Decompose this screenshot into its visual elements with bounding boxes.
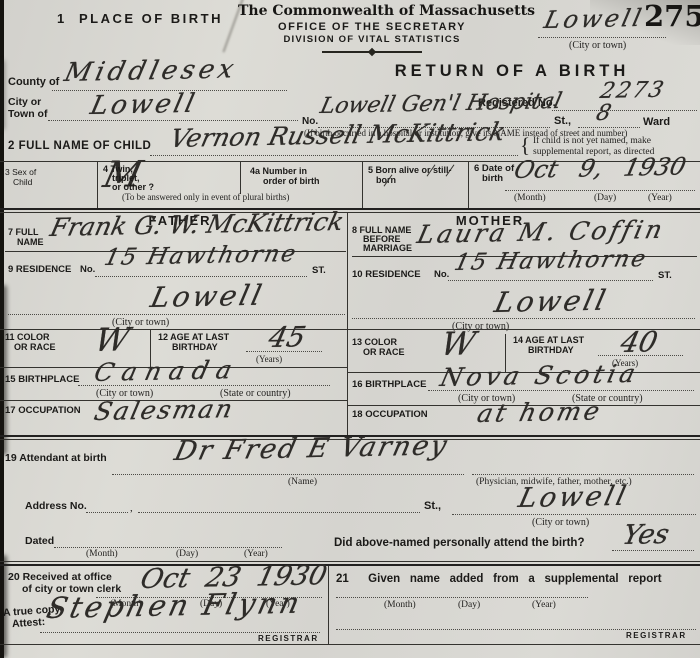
mother-residence-label: 10 RESIDENCE	[352, 270, 421, 280]
father-age-handwriting: 45	[266, 323, 308, 352]
address-label: Address No.	[25, 501, 87, 512]
header-ornament	[322, 48, 422, 56]
address-city-handwriting: Lowell	[516, 483, 631, 512]
rule	[0, 564, 700, 566]
dotted-rule	[448, 280, 653, 281]
order-of-birth-label: 4a Number in	[250, 167, 307, 176]
child-name-label: 2 FULL NAME OF CHILD	[8, 141, 151, 153]
division-subtitle: DIVISION OF VITAL STATISTICS	[238, 35, 506, 45]
city-town-top-handwriting: Lowell	[542, 6, 646, 32]
attendant-name-handwriting: Dr Fred E Varney	[172, 432, 451, 465]
attendant-name-caption: (Name)	[288, 478, 317, 488]
child-name-handwriting: Vernon Russell McKittrick	[168, 119, 508, 151]
father-residence-handwriting: 15 Hawthorne	[102, 243, 300, 270]
divider	[468, 161, 469, 208]
year-caption: (Year)	[244, 550, 268, 560]
mother-street-label: ST.	[658, 271, 672, 281]
day-caption: (Day)	[176, 550, 198, 560]
year-caption: (Year)	[532, 601, 556, 611]
mother-birthplace-label: 16 BIRTHPLACE	[352, 380, 426, 390]
father-name-handwriting: Frank G. W. McKittrick	[48, 209, 346, 240]
ward-handwriting: 8	[594, 103, 613, 125]
date-of-birth-handwriting: Oct 9, 1930	[512, 154, 688, 182]
dotted-rule	[40, 632, 320, 633]
attend-question: Did above-named personally attend the bi…	[334, 538, 584, 550]
commonwealth-title: The Commonwealth of Massachusetts	[238, 4, 506, 18]
child-note: If child is not yet named, make	[533, 137, 651, 147]
institution-handwriting: Lowell Gen'l Hospital	[318, 91, 564, 118]
dotted-rule	[428, 390, 694, 391]
dated-label: Dated	[25, 536, 54, 547]
registrar-label: REGISTRAR	[258, 635, 319, 643]
dotted-rule	[246, 351, 322, 352]
street-label: St.,	[554, 116, 571, 127]
ward-label: Ward	[643, 117, 670, 128]
sex-label: 3 Sex of	[5, 168, 36, 177]
dotted-rule	[452, 514, 696, 515]
rule	[0, 644, 700, 645]
father-residence-label: 9 RESIDENCE	[8, 265, 71, 275]
dotted-rule	[552, 110, 697, 111]
dotted-rule	[352, 318, 695, 319]
sex-label: Child	[13, 178, 32, 187]
registrar-signature-handwriting: Stephen Flynn	[44, 589, 305, 623]
mother-color-handwriting: W	[438, 327, 478, 360]
father-age-label: 12 AGE AT LAST	[158, 333, 229, 342]
county-handwriting: Middlesex	[62, 56, 240, 86]
page-number: 275	[644, 2, 700, 31]
month-caption: (Month)	[384, 601, 416, 611]
month-caption: (Month)	[86, 550, 118, 560]
address-street-label: St.,	[424, 501, 441, 512]
mother-occupation-label: 18 OCCUPATION	[352, 410, 428, 420]
dotted-rule	[336, 629, 696, 630]
attest-label: Attest:	[12, 617, 46, 630]
mother-color-label: OR RACE	[363, 348, 405, 357]
dotted-rule	[48, 120, 298, 121]
mother-age-label: 14 AGE AT LAST	[513, 336, 584, 345]
mother-city-handwriting: Lowell	[492, 287, 611, 317]
scan-smudge	[0, 285, 7, 455]
city-town-top-caption: (City or town)	[569, 41, 626, 51]
father-occupation-label: 17 OCCUPATION	[5, 406, 81, 416]
dotted-rule	[138, 512, 420, 513]
dotted-rule	[54, 547, 282, 548]
office-subtitle: OFFICE OF THE SECRETARY	[238, 22, 506, 33]
mother-residence-no-label: No.	[434, 270, 449, 280]
twin-label: or other ?	[112, 183, 154, 192]
attend-answer-handwriting: Yes	[620, 521, 672, 549]
father-color-label: OR RACE	[14, 343, 56, 352]
rule	[0, 561, 700, 562]
father-age-label: BIRTHDAY	[172, 343, 218, 352]
father-name-label: 7 FULL	[8, 228, 39, 237]
county-label: County of	[8, 77, 59, 88]
scan-smudge	[0, 60, 5, 130]
dotted-rule	[86, 512, 128, 513]
child-note-brace: {	[520, 135, 530, 156]
received-label: 20 Received at office	[8, 572, 112, 583]
dotted-rule	[612, 550, 694, 551]
father-birthplace-handwriting: Canada	[92, 357, 242, 385]
year-caption: (Year)	[648, 194, 672, 204]
mother-name-handwriting: Laura M. Coffin	[415, 217, 668, 247]
day-caption: (Day)	[594, 194, 616, 204]
dotted-rule	[78, 385, 330, 386]
dotted-rule	[598, 355, 683, 356]
mother-color-label: 13 COLOR	[352, 338, 397, 347]
father-name-label: NAME	[17, 238, 44, 247]
city-town-label: Town of	[8, 109, 47, 120]
rule	[0, 208, 700, 210]
divider	[328, 566, 329, 645]
mother-name-label: MARRIAGE	[363, 244, 412, 253]
father-color-handwriting: W	[92, 323, 132, 356]
birth-certificate-scan: 1 PLACE OF BIRTH The Commonwealth of Mas…	[0, 0, 700, 658]
place-of-birth-label: 1 PLACE OF BIRTH	[57, 12, 223, 25]
mother-age-handwriting: 40	[618, 328, 660, 357]
dotted-rule	[538, 37, 666, 38]
father-birthplace-label: 15 BIRTHPLACE	[5, 375, 79, 385]
divider	[362, 161, 363, 208]
city-town-handwriting: Lowell	[88, 91, 200, 119]
day-caption: (Day)	[458, 601, 480, 611]
dotted-rule	[150, 155, 518, 156]
mother-birthplace-handwriting: Nova Scotia	[438, 361, 642, 390]
attendant-label: 19 Attendant at birth	[5, 453, 107, 464]
dotted-rule	[112, 474, 464, 475]
address-city-caption: (City or town)	[532, 518, 589, 528]
city-town-label: City or	[8, 97, 41, 108]
registered-no-handwriting: 2273	[598, 80, 667, 103]
mother-age-label: BIRTHDAY	[528, 346, 574, 355]
divider	[97, 161, 98, 208]
father-residence-no-label: No.	[80, 265, 95, 275]
father-street-label: ST.	[312, 266, 326, 276]
dotted-rule	[472, 474, 694, 475]
plural-note: (To be answered only in event of plural …	[122, 193, 289, 202]
mother-occupation-handwriting: at home	[475, 398, 605, 426]
order-of-birth-label: order of birth	[263, 177, 320, 186]
address-comma: ,	[130, 503, 133, 514]
return-title: RETURN OF A BIRTH	[352, 63, 672, 80]
dotted-rule	[95, 276, 307, 277]
date-of-birth-label: birth	[482, 174, 503, 184]
father-occupation-handwriting: Salesman	[92, 396, 237, 424]
month-caption: (Month)	[514, 194, 546, 204]
dotted-rule	[336, 597, 588, 598]
mother-residence-handwriting: 15 Hawthorne	[452, 248, 650, 275]
dotted-rule	[8, 314, 345, 315]
supplemental-label: 21 Given name added from a supplemental …	[336, 574, 662, 586]
father-city-handwriting: Lowell	[148, 282, 267, 312]
father-color-label: 11 COLOR	[5, 333, 50, 342]
registrar-label: REGISTRAR	[626, 632, 687, 640]
divider	[240, 161, 241, 194]
father-years-caption: (Years)	[256, 355, 282, 364]
parent-divider	[347, 213, 348, 436]
dotted-rule	[505, 190, 695, 191]
born-alive-label: 5 Born alive or still-	[368, 166, 452, 175]
